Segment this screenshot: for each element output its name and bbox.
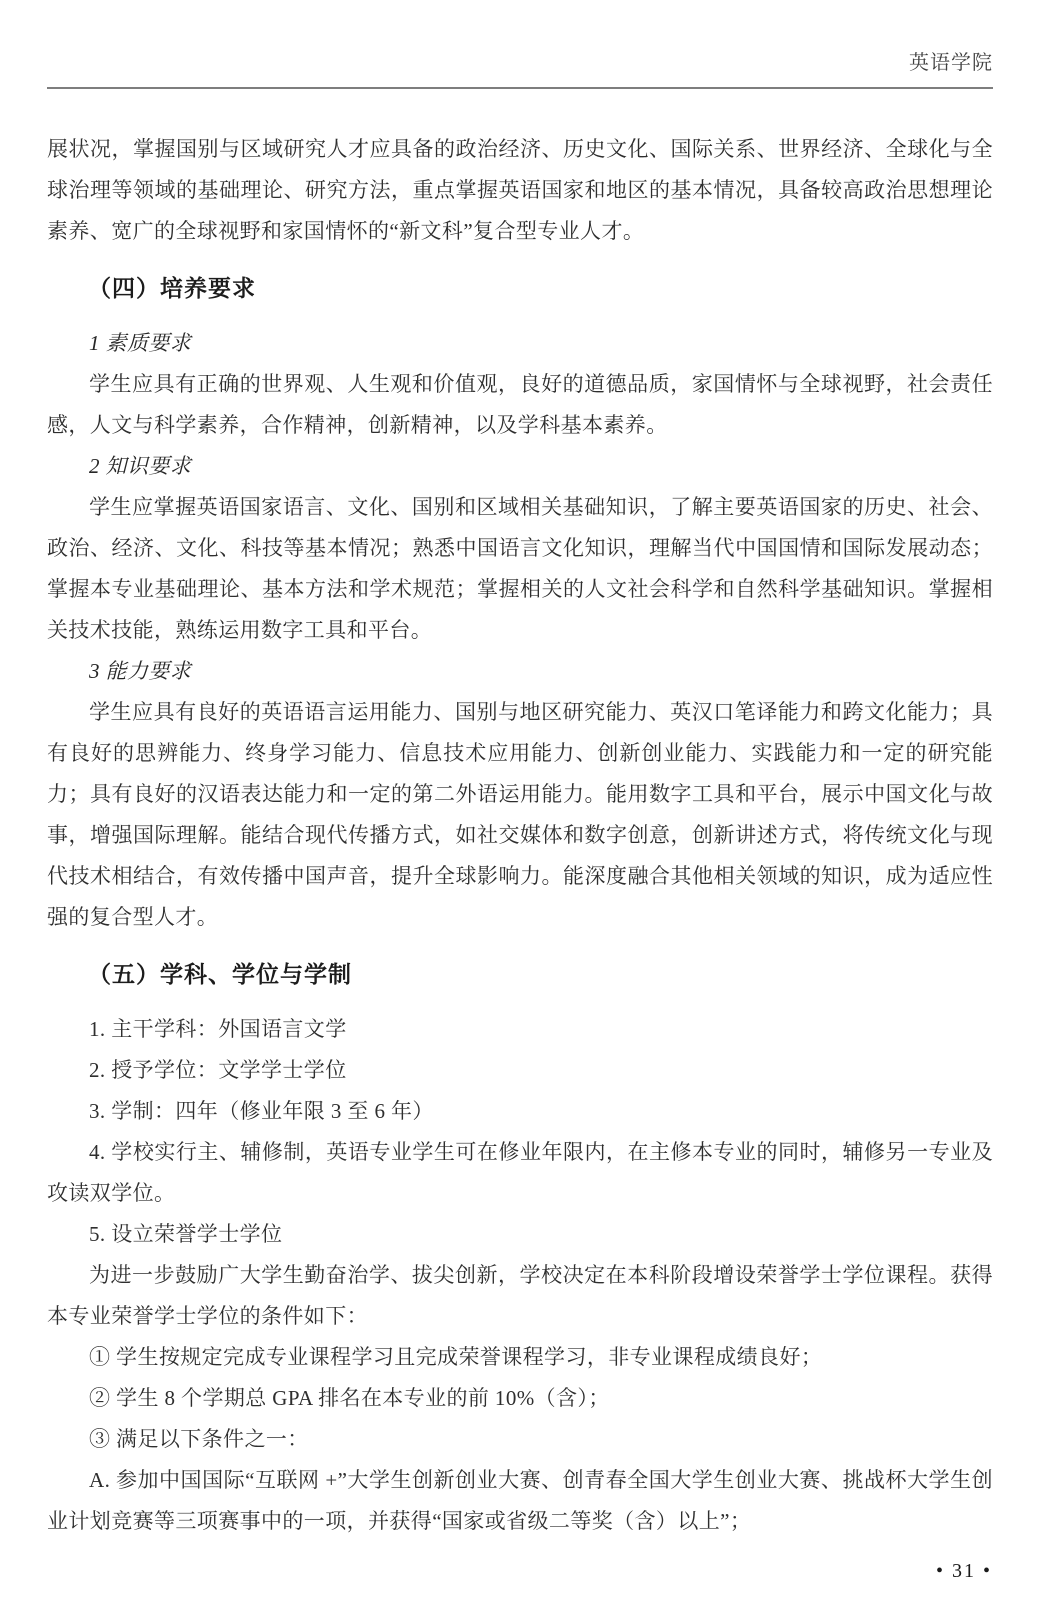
paragraph-knowledge-requirements: 学生应掌握英语国家语言、文化、国别和区域相关基础知识，了解主要英语国家的历史、社… xyxy=(47,487,993,651)
list-item-degree-awarded: 2. 授予学位：文学学士学位 xyxy=(47,1050,993,1091)
list-item-minor-system: 4. 学校实行主、辅修制，英语专业学生可在修业年限内，在主修本专业的同时，辅修另… xyxy=(47,1132,993,1214)
subsection-heading-knowledge: 2 知识要求 xyxy=(47,446,993,487)
document-body: 展状况，掌握国别与区域研究人才应具备的政治经济、历史文化、国际关系、世界经济、全… xyxy=(47,129,993,1542)
subsection-heading-quality: 1 素质要求 xyxy=(47,323,993,364)
paragraph-ability-requirements: 学生应具有良好的英语语言运用能力、国别与地区研究能力、英汉口笔译能力和跨文化能力… xyxy=(47,692,993,938)
document-page: 英语学院 展状况，掌握国别与区域研究人才应具备的政治经济、历史文化、国际关系、世… xyxy=(0,0,1064,1605)
running-header-title: 英语学院 xyxy=(909,52,993,74)
paragraph-honors-intro: 为进一步鼓励广大学生勤奋治学、拔尖创新，学校决定在本科阶段增设荣誉学士学位课程。… xyxy=(47,1255,993,1337)
condition-item-2: ② 学生 8 个学期总 GPA 排名在本专业的前 10%（含）； xyxy=(47,1378,993,1419)
section-heading-discipline-degree: （五）学科、学位与学制 xyxy=(47,954,993,995)
condition-item-3: ③ 满足以下条件之一： xyxy=(47,1419,993,1460)
page-number: • 31 • xyxy=(936,1560,992,1582)
header-rule xyxy=(47,87,993,89)
paragraph-continuation: 展状况，掌握国别与区域研究人才应具备的政治经济、历史文化、国际关系、世界经济、全… xyxy=(47,129,993,252)
page-header: 英语学院 xyxy=(47,0,993,76)
list-item-honors-degree: 5. 设立荣誉学士学位 xyxy=(47,1214,993,1255)
section-heading-training-requirements: （四）培养要求 xyxy=(47,268,993,309)
condition-item-1: ① 学生按规定完成专业课程学习且完成荣誉课程学习，非专业课程成绩良好； xyxy=(47,1337,993,1378)
paragraph-quality-requirements: 学生应具有正确的世界观、人生观和价值观，良好的道德品质，家国情怀与全球视野，社会… xyxy=(47,364,993,446)
list-item-major-discipline: 1. 主干学科：外国语言文学 xyxy=(47,1009,993,1050)
list-item-study-length: 3. 学制：四年（修业年限 3 至 6 年） xyxy=(47,1091,993,1132)
condition-item-3a: A. 参加中国国际“互联网 +”大学生创新创业大赛、创青春全国大学生创业大赛、挑… xyxy=(47,1460,993,1542)
subsection-heading-ability: 3 能力要求 xyxy=(47,651,993,692)
page-footer: • 31 • xyxy=(936,1560,992,1583)
